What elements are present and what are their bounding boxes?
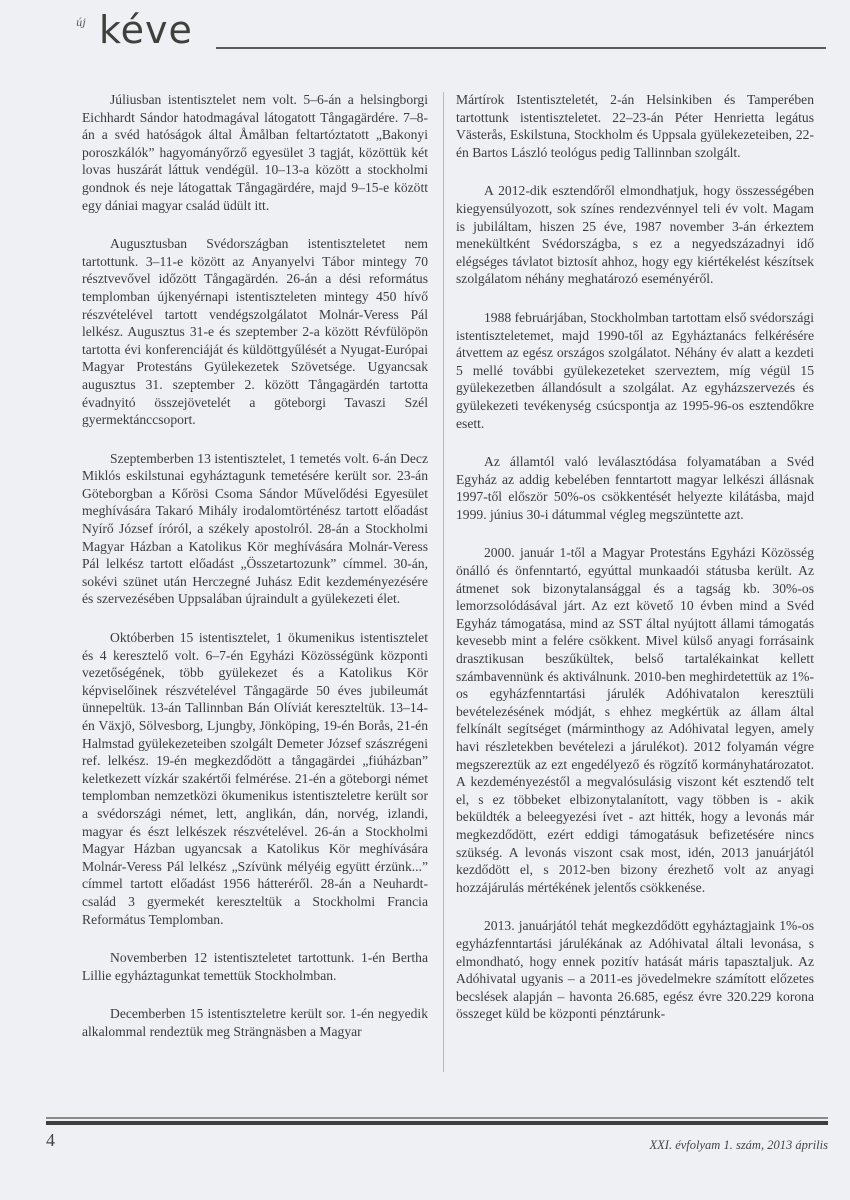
column-divider [443, 92, 444, 1072]
paragraph-july: Júliusban istentisztelet nem volt. 5–6-á… [82, 91, 428, 214]
paragraph-december-continued: Mártírok Istentiszteletét, 2-án Helsinki… [456, 91, 814, 161]
masthead-rule [216, 47, 826, 49]
masthead-title: kéve [99, 8, 193, 52]
issue-info: XXI. évfolyam 1. szám, 2013 április [650, 1138, 828, 1153]
masthead: új kéve [76, 14, 816, 54]
footer-rule-thick [46, 1121, 828, 1125]
paragraph-2012-summary: A 2012-dik esztendőről elmondhatjuk, hog… [456, 182, 814, 288]
paragraph-1988: 1988 februárjában, Stockholmban tartotta… [456, 309, 814, 432]
paragraph-november: Novemberben 12 istentiszteletet tartottu… [82, 949, 428, 984]
paragraph-2000: 2000. január 1-től a Magyar Protestáns E… [456, 544, 814, 896]
paragraph-2013: 2013. januárjától tehát megkezdődött egy… [456, 917, 814, 1023]
right-column: Mártírok Istentiszteletét, 2-án Helsinki… [456, 91, 814, 1044]
footer-rule-thin [46, 1117, 828, 1119]
magazine-page: új kéve Júliusban istentisztelet nem vol… [0, 0, 850, 1200]
paragraph-october: Októberben 15 istentisztelet, 1 ökumenik… [82, 629, 428, 928]
page-number: 4 [46, 1130, 55, 1151]
paragraph-state-separation: Az államtól való leválasztódása folyamat… [456, 453, 814, 523]
left-column: Júliusban istentisztelet nem volt. 5–6-á… [82, 91, 428, 1062]
paragraph-december: Decemberben 15 istentiszteletre került s… [82, 1005, 428, 1040]
paragraph-august: Augusztusban Svédországban istentisztele… [82, 235, 428, 429]
paragraph-september: Szeptemberben 13 istentisztelet, 1 temet… [82, 450, 428, 608]
masthead-prefix: új [76, 18, 86, 29]
